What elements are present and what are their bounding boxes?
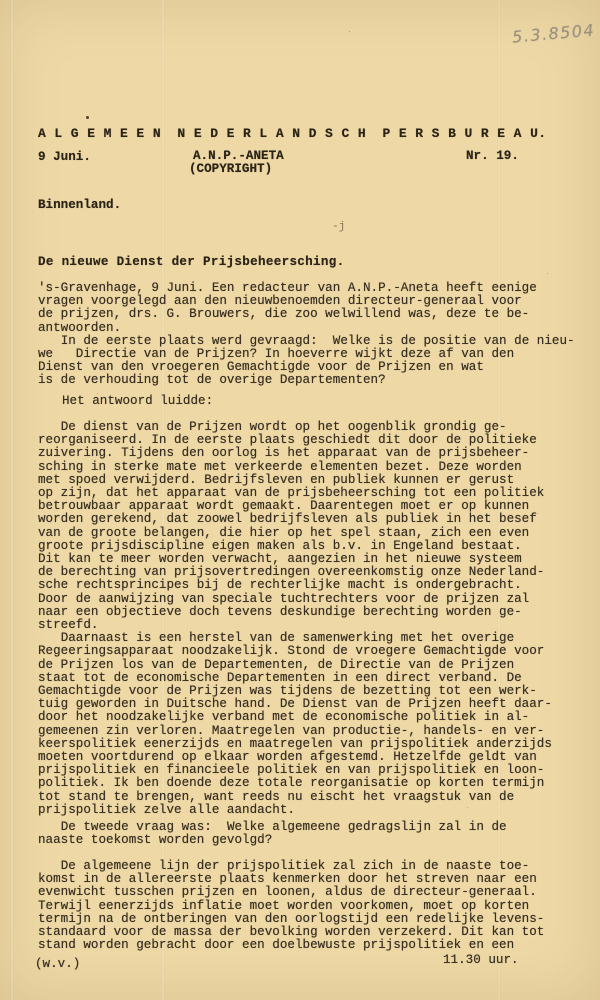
archive-number-handwritten: 5.3.8504 [511,20,596,46]
page-mark: -j [332,221,345,234]
paragraph-answer-lead: Het antwoord luidde: [62,395,213,408]
section-label: Binnenland. [38,199,121,212]
paragraph-second-question: De tweede vraag was: Welke algemeene ged… [38,821,598,847]
copyright-label: (COPYRIGHT) [189,163,272,176]
footer-continuation-mark: (w.v.) [35,958,80,971]
paragraph-first-answer: De dienst van de Prijzen wordt op het oo… [38,421,598,817]
paragraph-intro-and-first-question: 's-Gravenhage, 9 Juni. Een redacteur van… [38,282,598,388]
date-label: 9 Juni. [38,151,91,164]
masthead-title: A L G E M E E N N E D E R L A N D S C H … [38,127,546,140]
paper-crease [10,0,14,1000]
issue-number: Nr. 19. [466,150,519,163]
footer-time: 11.30 uur. [443,954,519,967]
paragraph-second-answer: De algemeene lijn der prijspolitiek zal … [38,860,598,952]
article-headline: De nieuwe Dienst der Prijsbeheersching. [38,256,344,269]
document-page: 5.3.8504 A L G E M E E N N E D E R L A N… [0,0,600,1000]
paper-specks [86,116,89,119]
